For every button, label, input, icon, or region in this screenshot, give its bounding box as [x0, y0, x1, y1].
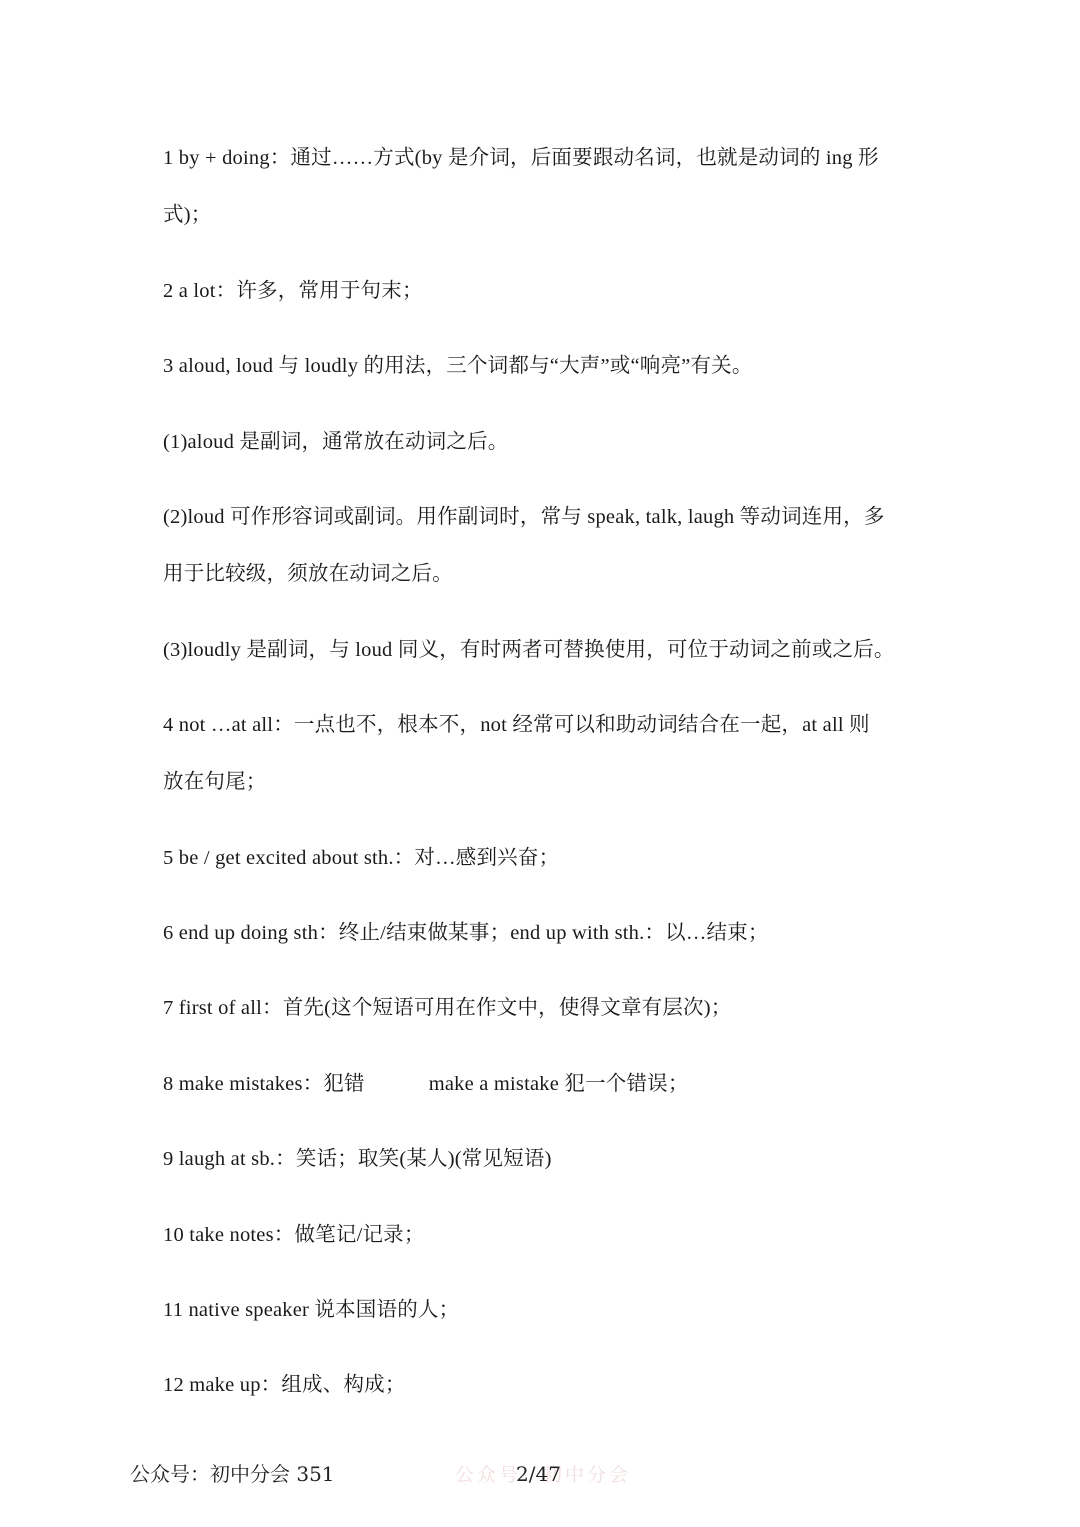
item-8: 8 make mistakes：犯错make a mistake 犯一个错误；	[163, 1070, 689, 1098]
item-6: 6 end up doing sth：终止/结束做某事；end up with …	[163, 919, 769, 947]
item-3-sub-2-line-1: (2)loud 可作形容词或副词。用作副词时，常与 speak, talk, l…	[163, 503, 885, 531]
item-9: 9 laugh at sb.：笑话；取笑(某人)(常见短语)	[163, 1145, 552, 1173]
item-3-sub-1: (1)aloud 是副词，通常放在动词之后。	[163, 428, 508, 456]
item-7: 7 first of all：首先(这个短语可用在作文中，使得文章有层次)；	[163, 994, 731, 1022]
item-12: 12 make up：组成、构成；	[163, 1371, 406, 1399]
item-3-sub-2-line-2: 用于比较级，须放在动词之后。	[163, 560, 453, 588]
item-10: 10 take notes：做笔记/记录；	[163, 1221, 425, 1249]
item-3: 3 aloud, loud 与 loudly 的用法，三个词都与“大声”或“响亮…	[163, 352, 753, 380]
item-1-line-2: 式)；	[163, 201, 211, 229]
item-5: 5 be / get excited about sth.：对…感到兴奋；	[163, 844, 559, 872]
item-4-line-2: 放在句尾；	[163, 768, 267, 796]
document-page: 1 by + doing：通过……方式(by 是介词，后面要跟动名词，也就是动词…	[0, 0, 1080, 1527]
item-8-left: 8 make mistakes：犯错	[163, 1073, 365, 1095]
page-indicator: 2/47	[516, 1461, 561, 1487]
item-2: 2 a lot：许多，常用于句末；	[163, 277, 423, 305]
item-11: 11 native speaker 说本国语的人；	[163, 1296, 459, 1324]
item-8-right: make a mistake 犯一个错误；	[429, 1073, 689, 1095]
item-4-line-1: 4 not …at all：一点也不，根本不，not 经常可以和助动词结合在一起…	[163, 711, 870, 739]
footer-source-label: 公众号：初中分会 351	[130, 1461, 335, 1487]
item-1-line-1: 1 by + doing：通过……方式(by 是介词，后面要跟动名词，也就是动词…	[163, 144, 879, 172]
item-3-sub-3: (3)loudly 是副词，与 loud 同义，有时两者可替换使用，可位于动词之…	[163, 636, 895, 664]
